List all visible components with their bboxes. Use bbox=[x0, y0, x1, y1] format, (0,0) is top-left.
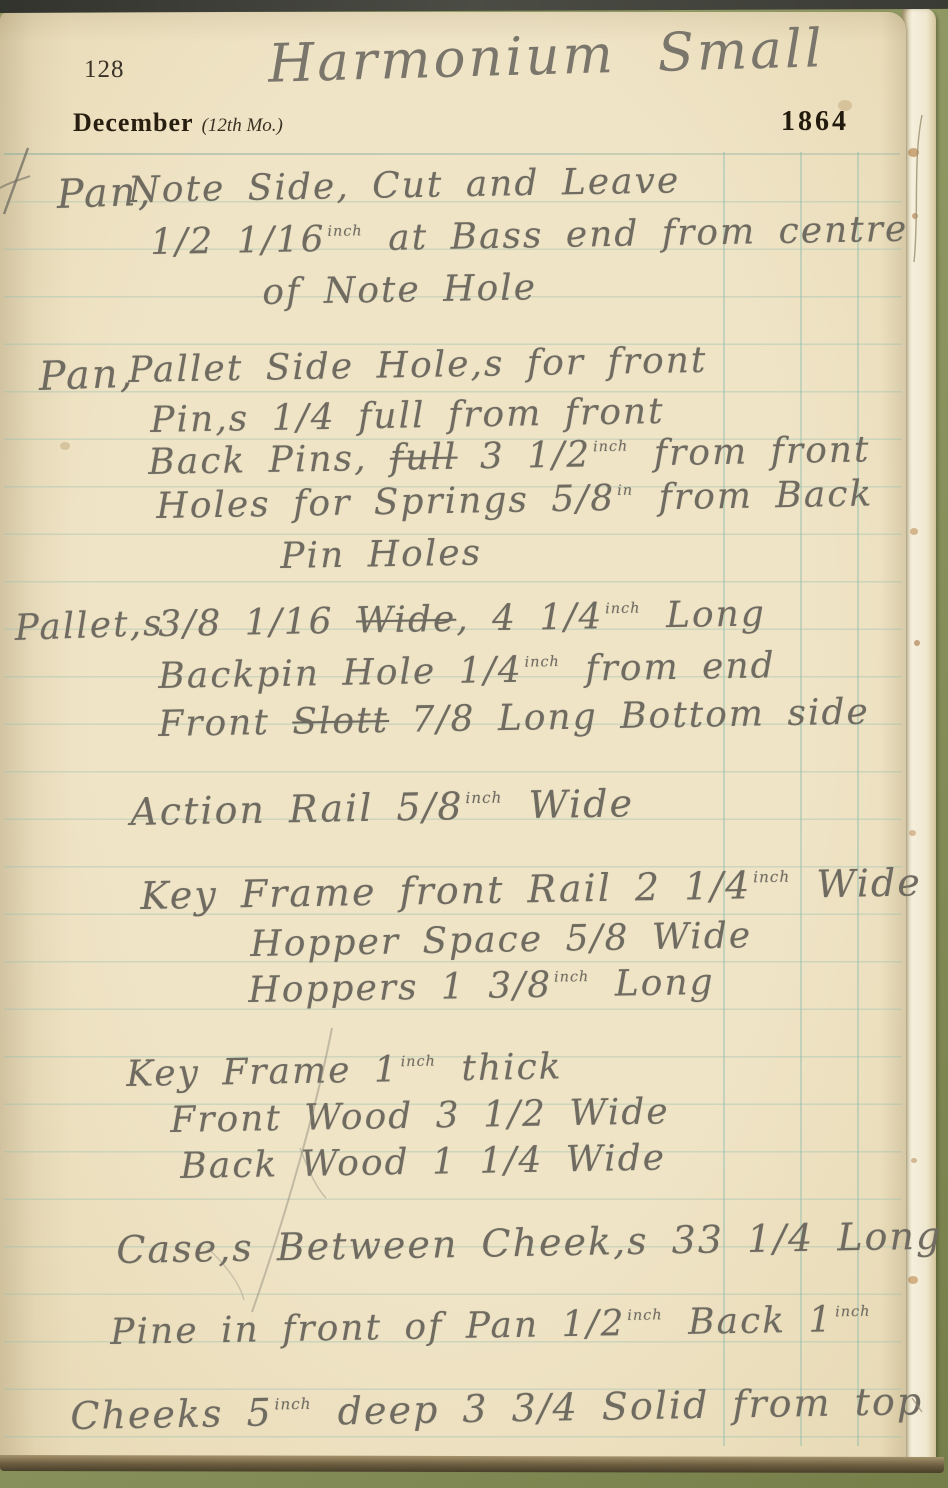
text-segment: , 4 1/4 bbox=[456, 596, 604, 640]
handwritten-line: Pallet,s bbox=[14, 603, 164, 649]
text-segment: Wide bbox=[793, 860, 922, 906]
handwritten-line: Backpin Hole 1/4inch from end bbox=[158, 645, 776, 697]
text-segment: Pin Holes bbox=[280, 532, 482, 577]
handwritten-line: Case,s Between Cheek,s 33 1/4 Long bbox=[116, 1214, 943, 1272]
text-segment: Key Frame front Rail 2 1/4 bbox=[140, 863, 752, 918]
handwritten-line: Hopper Space 5/8 Wide bbox=[250, 915, 752, 965]
handwritten-line: 1/2 1/16inch at Bass end from centre bbox=[150, 209, 909, 263]
foxing-stain bbox=[914, 640, 920, 646]
handwritten-line: Key Frame 1inch thick bbox=[126, 1046, 563, 1095]
ledger-page: 128 Harmonium Small December(12th Mo.) 1… bbox=[0, 12, 906, 1462]
text-segment: Note Side, Cut and Leave bbox=[128, 160, 681, 211]
text-segment: of Note Hole bbox=[262, 267, 537, 313]
inch-superscript: in bbox=[617, 483, 633, 499]
inch-superscript: inch bbox=[835, 1304, 870, 1321]
text-segment: from front bbox=[631, 429, 871, 474]
inch-superscript: inch bbox=[593, 439, 628, 456]
text-segment: Case,s Between Cheek,s 33 1/4 Long bbox=[116, 1214, 943, 1272]
inch-superscript: inch bbox=[400, 1053, 435, 1070]
foxing-stain bbox=[911, 1158, 917, 1163]
handwritten-line: Cheeks 5inch deep 3 3/4 Solid from top bbox=[70, 1379, 923, 1438]
text-segment: 3/8 1/16 bbox=[158, 601, 356, 645]
handwritten-line: Front Wood 3 1/2 Wide bbox=[170, 1091, 670, 1141]
inch-superscript: inch bbox=[524, 654, 559, 671]
handwritten-line: Front Slott 7/8 Long Bottom side bbox=[158, 692, 870, 745]
text-segment: Backpin Hole 1/4 bbox=[158, 650, 523, 697]
text-segment: from Back bbox=[636, 473, 874, 518]
struck-text: Wide bbox=[356, 599, 457, 642]
page-bottom-shadow-edge bbox=[0, 1455, 944, 1473]
text-segment: Cheeks 5 bbox=[70, 1390, 273, 1438]
text-segment: Front bbox=[158, 702, 293, 745]
text-segment: Action Rail 5/8 bbox=[130, 784, 464, 834]
text-segment: Holes for Springs 5/8 bbox=[156, 478, 616, 527]
text-segment: 7/8 Long Bottom side bbox=[389, 692, 870, 741]
inch-superscript: inch bbox=[605, 600, 640, 617]
handwritten-line: Hoppers 1 3/8inch Long bbox=[248, 962, 715, 1011]
text-segment: Back Wood 1 1/4 Wide bbox=[180, 1138, 666, 1187]
handwritten-line: Pallet Side Hole,s for front bbox=[128, 340, 708, 391]
text-segment: 3 1/2 bbox=[457, 434, 591, 477]
text-segment: Long bbox=[643, 593, 766, 636]
handwritten-line: Pan, bbox=[38, 351, 135, 400]
handwritten-line: Pine in front of Pan 1/2inch Back 1inch bbox=[110, 1299, 874, 1353]
scanned-ledger-page: { "page": { "number": "128", "handwritte… bbox=[0, 0, 948, 1488]
foxing-stain bbox=[910, 528, 918, 535]
foxing-stain bbox=[909, 830, 916, 836]
text-segment: 1/2 1/16 bbox=[150, 219, 326, 263]
text-segment: Long bbox=[592, 962, 715, 1005]
text-segment: Wide bbox=[505, 781, 634, 827]
text-segment: Key Frame 1 bbox=[126, 1049, 399, 1095]
text-segment: Back Pins, bbox=[148, 438, 390, 483]
handwritten-line: Key Frame front Rail 2 1/4inch Wide bbox=[140, 860, 922, 918]
inch-superscript: inch bbox=[753, 868, 790, 887]
handwritten-line: Note Side, Cut and Leave bbox=[128, 160, 681, 211]
text-segment: Back 1 bbox=[665, 1299, 833, 1343]
text-segment: Pine in front of Pan 1/2 bbox=[110, 1303, 626, 1353]
inch-superscript: inch bbox=[554, 969, 589, 986]
inch-superscript: inch bbox=[327, 223, 362, 240]
text-segment: Front Wood 3 1/2 Wide bbox=[170, 1091, 670, 1141]
foxing-stain bbox=[908, 148, 919, 157]
inch-superscript: inch bbox=[274, 1395, 311, 1414]
handwritten-line: 3/8 1/16 Wide, 4 1/4inch Long bbox=[158, 593, 766, 645]
text-segment: Pallet Side Hole,s for front bbox=[128, 340, 708, 391]
text-segment: at Bass end from centre bbox=[365, 209, 908, 259]
text-segment: Hopper Space 5/8 Wide bbox=[250, 915, 752, 965]
handwriting-layer: Pan,Note Side, Cut and Leave1/2 1/16inch… bbox=[0, 12, 906, 1462]
struck-text: full bbox=[390, 437, 458, 479]
struck-text: Slott bbox=[292, 700, 389, 743]
text-segment: deep 3 3/4 Solid from top bbox=[314, 1379, 923, 1434]
handwritten-line: Back Wood 1 1/4 Wide bbox=[180, 1138, 666, 1187]
foxing-stain bbox=[908, 1276, 918, 1284]
foxing-stain bbox=[912, 213, 918, 219]
handwritten-line: of Note Hole bbox=[262, 267, 537, 313]
text-segment: Hoppers 1 3/8 bbox=[248, 965, 553, 1011]
inch-superscript: inch bbox=[627, 1307, 662, 1324]
inch-superscript: inch bbox=[465, 789, 502, 808]
handwritten-line: Holes for Springs 5/8in from Back bbox=[156, 473, 874, 527]
handwritten-line: Action Rail 5/8inch Wide bbox=[130, 781, 634, 834]
handwritten-line: Pin Holes bbox=[280, 532, 482, 577]
text-segment: Pallet,s bbox=[14, 603, 164, 649]
text-segment: thick bbox=[439, 1046, 563, 1089]
text-segment: from end bbox=[563, 645, 776, 690]
text-segment: Pan, bbox=[38, 351, 135, 400]
